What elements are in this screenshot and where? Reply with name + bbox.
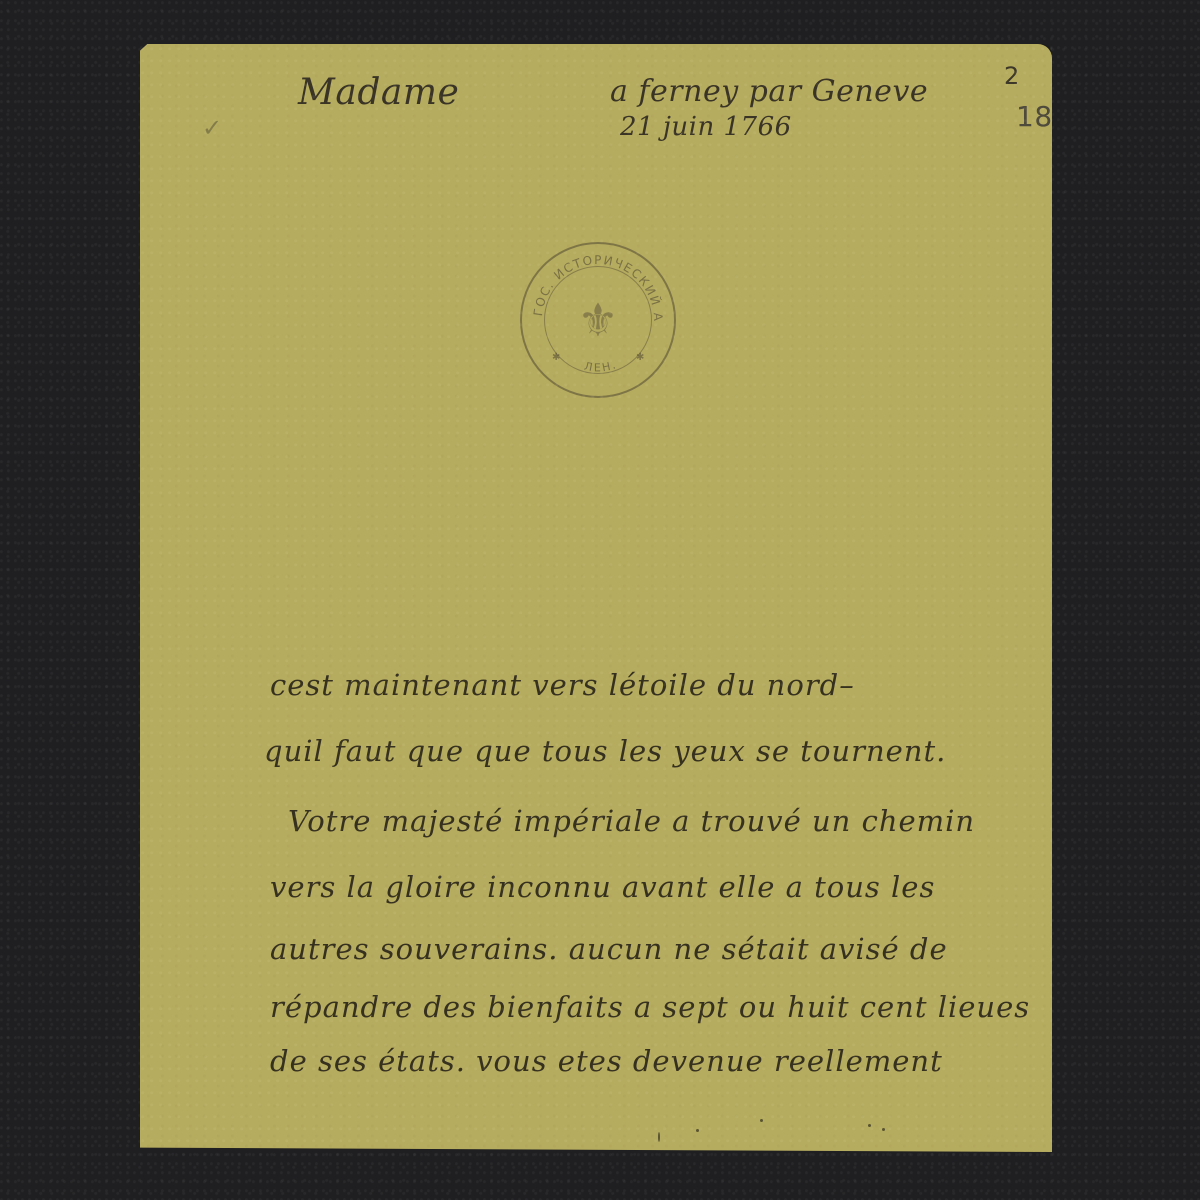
ink-speck <box>760 1119 763 1122</box>
ink-speck <box>696 1129 699 1132</box>
body-line: Votre majesté impériale a trouvé un chem… <box>288 804 975 838</box>
manuscript-page: ✓ Madame a ferney par Geneve 21 juin 176… <box>140 44 1052 1152</box>
salutation: Madame <box>298 72 459 113</box>
date-line: 21 juin 1766 <box>620 112 792 142</box>
body-line: cest maintenant vers létoile du nord– <box>270 668 855 702</box>
body-line: autres souverains. aucun ne sétait avisé… <box>270 932 948 966</box>
place-line: a ferney par Geneve <box>610 74 928 109</box>
ink-speck <box>882 1128 885 1131</box>
folio-top-number: 2 <box>1004 62 1020 90</box>
ink-speck <box>868 1124 871 1127</box>
body-line: vers la gloire inconnu avant elle a tous… <box>270 870 935 904</box>
double-headed-eagle-icon: ⚜ <box>577 293 618 347</box>
ink-speck <box>658 1132 660 1142</box>
archive-seal-stamp: ГОС. ИСТОРИЧЕСКИЙ АРХИВ ЛЕН. ✱ ✱ ⚜ <box>520 242 676 398</box>
body-line: quil faut que que tous les yeux se tourn… <box>264 734 946 768</box>
checkmark-icon: ✓ <box>202 114 223 142</box>
body-line: de ses états. vous etes devenue reelleme… <box>270 1044 943 1078</box>
body-line: répandre des bienfaits a sept ou huit ce… <box>270 990 1030 1024</box>
